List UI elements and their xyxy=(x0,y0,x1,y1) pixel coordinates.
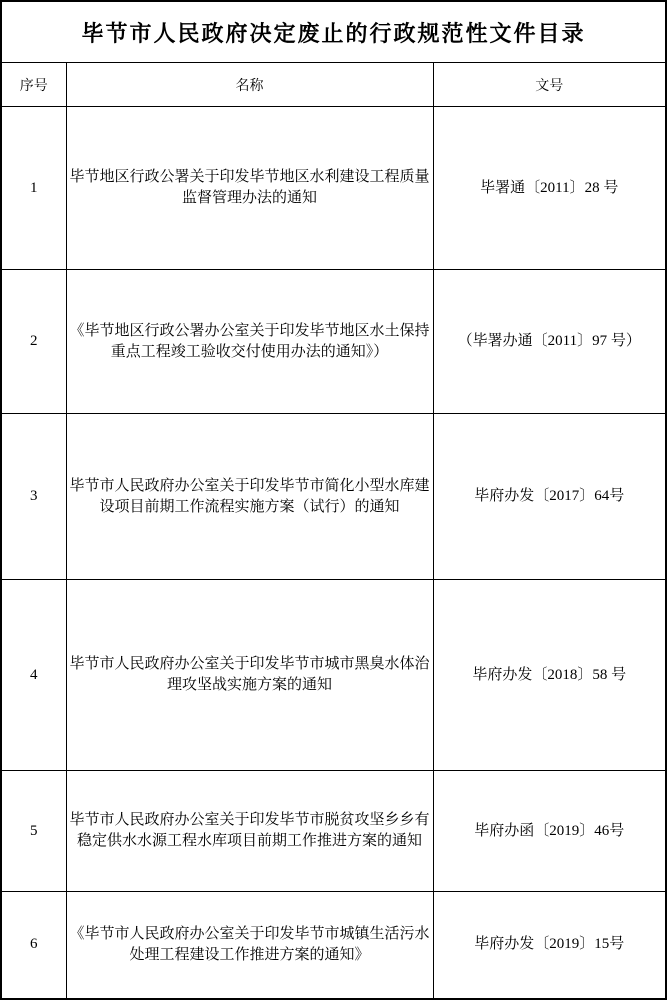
header-row: 序号 名称 文号 xyxy=(1,63,666,107)
row-document-name: 毕节市人民政府办公室关于印发毕节市简化小型水库建设项目前期工作流程实施方案（试行… xyxy=(66,414,433,580)
document-page: 毕节市人民政府决定废止的行政规范性文件目录 序号 名称 文号 1 毕节地区行政公… xyxy=(0,0,667,999)
row-serial: 5 xyxy=(1,771,66,892)
column-header-serial: 序号 xyxy=(1,63,66,107)
row-serial: 6 xyxy=(1,892,66,999)
page-title: 毕节市人民政府决定废止的行政规范性文件目录 xyxy=(1,1,666,63)
row-document-name: 《毕节地区行政公署办公室关于印发毕节地区水土保持重点工程竣工验收交付使用办法的通… xyxy=(66,270,433,414)
table-row: 1 毕节地区行政公署关于印发毕节地区水利建设工程质量监督管理办法的通知 毕署通〔… xyxy=(1,107,666,270)
table-row: 6 《毕节市人民政府办公室关于印发毕节市城镇生活污水处理工程建设工作推进方案的通… xyxy=(1,892,666,999)
row-serial: 3 xyxy=(1,414,66,580)
table-row: 5 毕节市人民政府办公室关于印发毕节市脱贫攻坚乡乡有稳定供水水源工程水库项目前期… xyxy=(1,771,666,892)
row-document-number: 毕府办函〔2019〕46号 xyxy=(433,771,666,892)
abolished-documents-table: 毕节市人民政府决定废止的行政规范性文件目录 序号 名称 文号 1 毕节地区行政公… xyxy=(0,0,667,1000)
title-row: 毕节市人民政府决定废止的行政规范性文件目录 xyxy=(1,1,666,63)
row-document-name: 毕节市人民政府办公室关于印发毕节市脱贫攻坚乡乡有稳定供水水源工程水库项目前期工作… xyxy=(66,771,433,892)
row-document-number: （毕署办通〔2011〕97 号） xyxy=(433,270,666,414)
row-serial: 1 xyxy=(1,107,66,270)
column-header-doc-no: 文号 xyxy=(433,63,666,107)
row-serial: 2 xyxy=(1,270,66,414)
column-header-name: 名称 xyxy=(66,63,433,107)
row-document-name: 毕节地区行政公署关于印发毕节地区水利建设工程质量监督管理办法的通知 xyxy=(66,107,433,270)
table-row: 3 毕节市人民政府办公室关于印发毕节市简化小型水库建设项目前期工作流程实施方案（… xyxy=(1,414,666,580)
row-document-number: 毕府办发〔2018〕58 号 xyxy=(433,580,666,771)
row-document-name: 毕节市人民政府办公室关于印发毕节市城市黑臭水体治理攻坚战实施方案的通知 xyxy=(66,580,433,771)
row-serial: 4 xyxy=(1,580,66,771)
table-row: 2 《毕节地区行政公署办公室关于印发毕节地区水土保持重点工程竣工验收交付使用办法… xyxy=(1,270,666,414)
row-document-number: 毕府办发〔2019〕15号 xyxy=(433,892,666,999)
table-row: 4 毕节市人民政府办公室关于印发毕节市城市黑臭水体治理攻坚战实施方案的通知 毕府… xyxy=(1,580,666,771)
row-document-number: 毕府办发〔2017〕64号 xyxy=(433,414,666,580)
row-document-name: 《毕节市人民政府办公室关于印发毕节市城镇生活污水处理工程建设工作推进方案的通知》 xyxy=(66,892,433,999)
row-document-number: 毕署通〔2011〕28 号 xyxy=(433,107,666,270)
